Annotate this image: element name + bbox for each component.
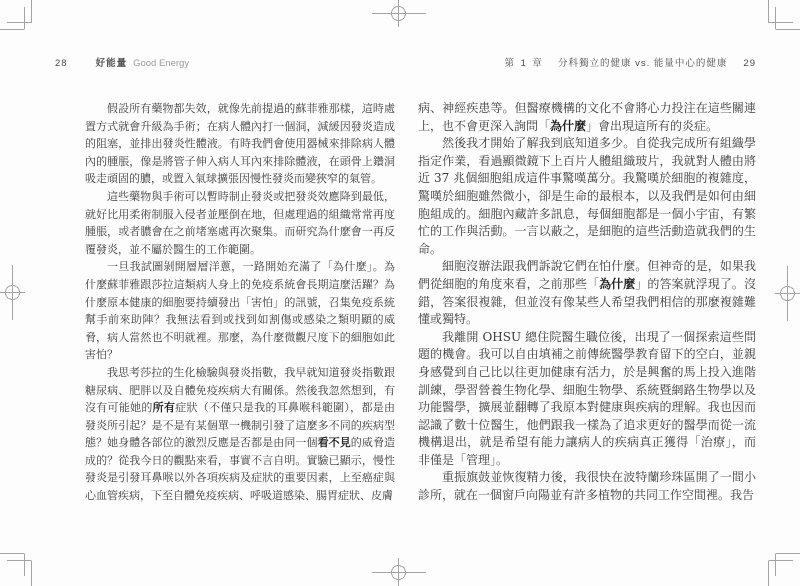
- right-page-number: 29: [743, 58, 756, 69]
- paragraph: 假設所有藥物都失效，就像先前提過的蘇菲雅那樣，這時處置方式就會升級為手術；在病人…: [85, 100, 395, 188]
- book-title: 好能量: [96, 58, 128, 69]
- crop-mark-top-right: [769, 0, 800, 30]
- crop-mark-bottom-right: [769, 554, 800, 586]
- two-page-spread: 28好能量Good Energy 第 1 章分科獨立的健康 vs. 能量中心的健…: [0, 0, 800, 586]
- book-title-english: Good Energy: [133, 58, 189, 69]
- paragraph: 一旦我試圖剝開層層洋蔥，一路開始充滿了「為什麼」。為什麼蘇菲雅跟莎拉這類病人身上…: [85, 258, 395, 364]
- chapter-title: 分科獨立的健康 vs. 能量中心的健康: [558, 58, 727, 69]
- emphasized-text: 為什麼: [550, 119, 586, 133]
- registration-target-bottom: [372, 558, 426, 586]
- left-page-number: 28: [55, 58, 68, 69]
- book-spread-scan: { "colors": { "background": "#fdfdfd", "…: [0, 0, 800, 586]
- emphasized-text: 所有: [153, 401, 176, 414]
- left-running-head: 28好能量Good Energy: [55, 58, 189, 70]
- paragraph: 重振旗鼓並恢復精力後，我很快在波特蘭珍珠區開了一間小診所，就在一個窗戶向陽並有許…: [418, 469, 756, 504]
- right-page-text-column: 病、神經疾患等。但醫療機構的文化不會將心力投注在這些關連上，也不會更深入詢問「為…: [418, 100, 756, 505]
- crop-mark-top-left: [0, 0, 32, 30]
- emphasized-text: 看不見: [318, 436, 351, 449]
- registration-target-top: [372, 0, 426, 27]
- left-page-text-column: 假設所有藥物都失效，就像先前提過的蘇菲雅那樣，這時處置方式就會升級為手術；在病人…: [85, 100, 395, 505]
- registration-target-left: [0, 265, 25, 320]
- emphasized-text: 為什麼: [599, 277, 635, 291]
- paragraph: 我離開 OHSU 總住院醫生職位後，出現了一個探索這些問題的機會。我可以自由填補…: [418, 329, 756, 470]
- paragraph: 病、神經疾患等。但醫療機構的文化不會將心力投注在這些關連上，也不會更深入詢問「為…: [418, 100, 756, 135]
- paragraph: 然後我才開始了解我到底知道多少。自從我完成所有組織學指定作業，看過顯微鏡下上百片…: [418, 135, 756, 258]
- paragraph: 這些藥物與手術可以暫時制止發炎或把發炎效應降到最低，就好比用柔術制服入侵者並壓倒…: [85, 188, 395, 258]
- paragraph: 我思考莎拉的生化檢驗與發炎指數，我早就知道發炎指數跟糖尿病、肥胖以及自體免疫疾病…: [85, 364, 395, 505]
- right-running-head: 第 1 章分科獨立的健康 vs. 能量中心的健康29: [504, 58, 756, 70]
- crop-mark-bottom-left: [0, 554, 32, 586]
- chapter-label: 第 1 章: [504, 58, 544, 69]
- registration-target-right: [775, 266, 800, 321]
- paragraph: 細胞沒辦法跟我們訴說它們在怕什麼。但神奇的是，如果我們從細胞的角度來看，之前那些…: [418, 258, 756, 328]
